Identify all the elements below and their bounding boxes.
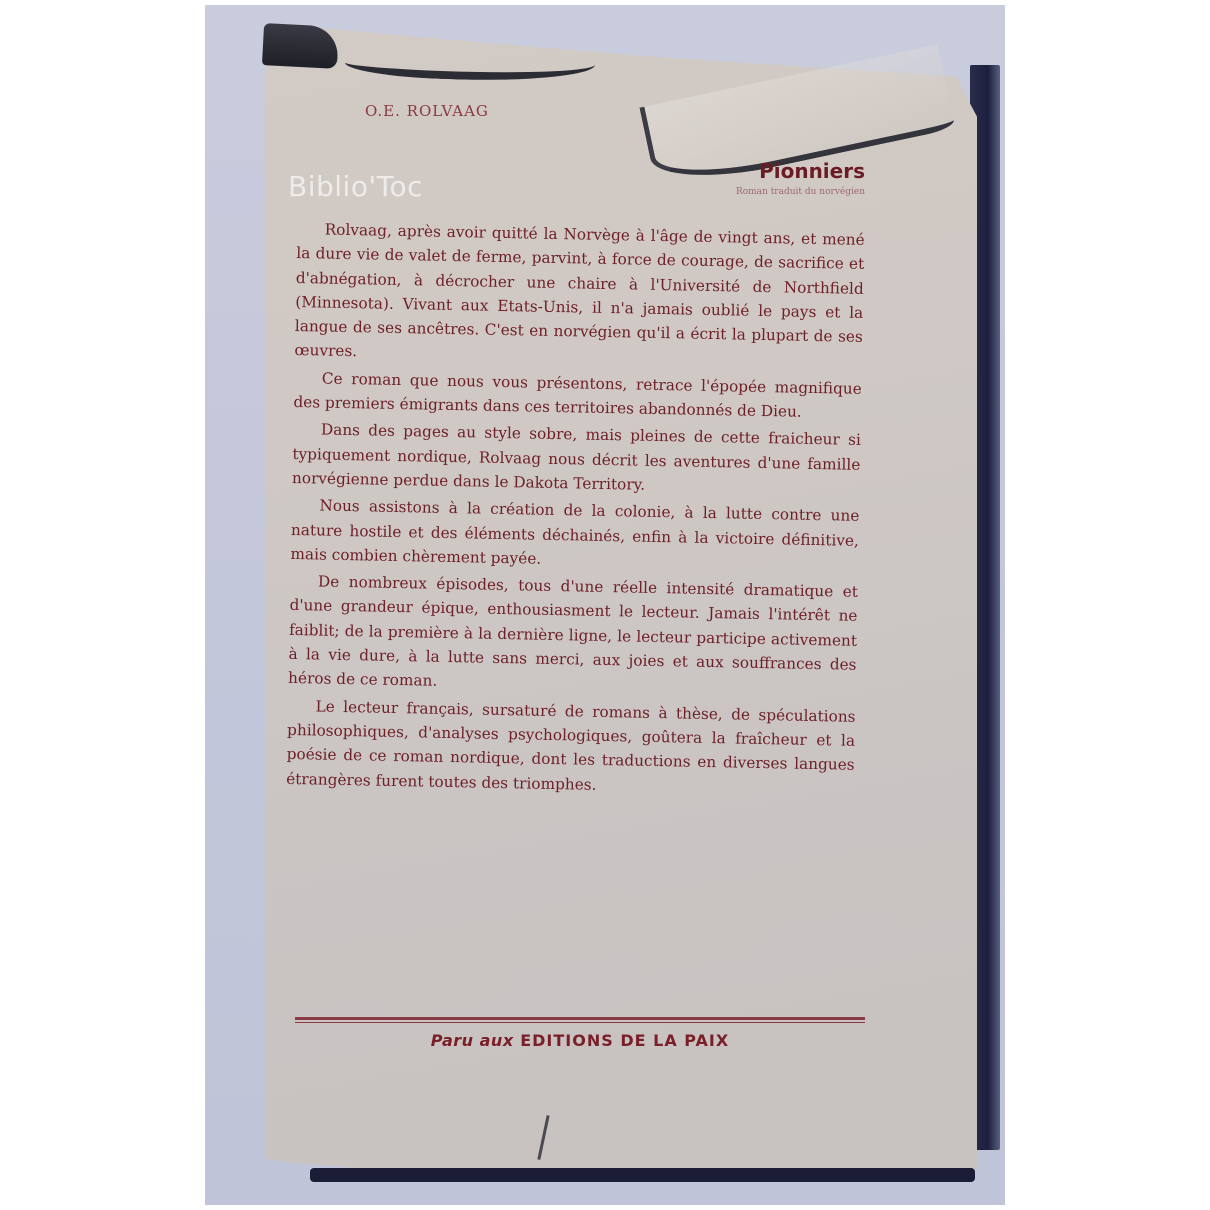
blurb-paragraph: Rolvaag, après avoir quitté la Norvège à… [294,217,865,374]
divider-rule [295,1017,865,1023]
book-photo: O.E. ROLVAAG Pionniers Roman traduit du … [205,5,1005,1205]
author-name: O.E. ROLVAAG [365,102,489,120]
blurb-paragraph: Le lecteur français, sursaturé de romans… [286,694,856,802]
book-title: Pionniers [685,159,865,183]
publisher-line: Paru aux EDITIONS DE LA PAIX [295,1031,865,1050]
publisher-name: EDITIONS DE LA PAIX [520,1031,729,1050]
book-subtitle: Roman traduit du norvégien [605,187,865,197]
blurb-paragraph: De nombreux épisodes, tous d'une réelle … [288,569,858,701]
blurb-paragraph: Ce roman que nous vous présentons, retra… [293,366,862,425]
publisher-prefix: Paru aux [431,1031,514,1050]
blurb-paragraph: Dans des pages au style sobre, mais plei… [292,417,861,501]
blurb: Rolvaag, après avoir quitté la Norvège à… [286,217,865,805]
bottom-edge-shadow [310,1168,975,1182]
blurb-paragraph: Nous assistons à la création de la colon… [290,493,859,577]
watermark-logo: Biblio'Toc [288,170,423,203]
